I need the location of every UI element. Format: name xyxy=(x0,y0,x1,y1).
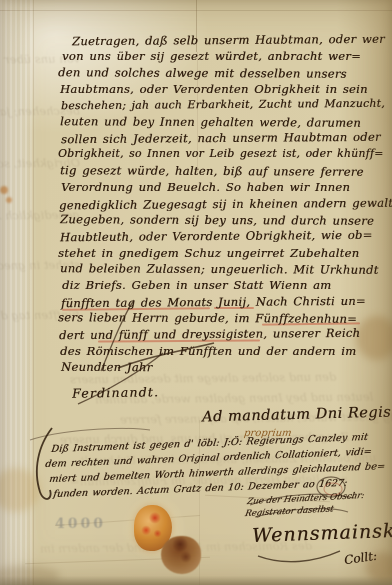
manuscript-line: Zuegeben, sondern sij bey uns, und durch… xyxy=(60,212,374,228)
manuscript-line: Obrigkheit, so Innen vor Leib gesezt ist… xyxy=(58,147,384,160)
paper-stain xyxy=(0,186,8,194)
royal-signature: Ferdinandt. xyxy=(72,384,159,401)
manuscript-line: beschehen; jah auch Erbarkheit, Zucht un… xyxy=(61,97,385,113)
manuscript-line: und beleiben Zulassen; ungeuerlich. Mit … xyxy=(60,261,379,277)
manuscript-line: dert und fünff und dreyssigisten, unsere… xyxy=(59,326,360,342)
manuscript-line: leuten und bey Innen gehalten werde, dar… xyxy=(60,114,361,130)
paper-stain xyxy=(6,197,12,203)
manuscript-line: diz Briefs. Geben in unser Statt Wienn a… xyxy=(62,278,331,292)
wax-seal-red-brown xyxy=(161,536,201,574)
manuscript-line: Neundten Jahr xyxy=(61,360,152,374)
wrinkle-line xyxy=(55,515,200,526)
fold-crease-top xyxy=(0,10,392,11)
bottom-edge-shadow xyxy=(0,576,392,585)
manuscript-line: Verordnung und Beuelch. So haben wir Inn… xyxy=(61,180,350,194)
manuscript-page: von uns über sij gesezt würdet, anbracht… xyxy=(0,0,392,585)
paper-stain xyxy=(0,468,40,512)
manuscript-line: Haubtleuth, oder Verordente Obrigkheit, … xyxy=(60,228,373,244)
manuscript-line: Zuetragen, daß selb unserm Haubtman, ode… xyxy=(72,32,385,48)
countersignature-line: Registrator daselbst xyxy=(244,504,334,519)
manuscript-line: sers lieben Herrn geburde, im Fünffzehen… xyxy=(58,310,357,326)
paper-stain xyxy=(356,316,392,360)
manuscript-line: fünfften tag des Monats Junij, Nach Chri… xyxy=(61,294,366,310)
archive-number-stamp: 4000 xyxy=(55,516,106,532)
secretary-signature: Wennsmainskhe xyxy=(252,519,392,547)
manuscript-line: von uns über sij gesezt würdet, anbracht… xyxy=(62,49,361,63)
manuscript-line: sollen sich Jederzeit, nach unserm Haubt… xyxy=(61,130,381,147)
manuscript-line: tig gesezt würde, halten, biß auf unsere… xyxy=(60,163,364,179)
paper-edge-seam xyxy=(33,0,34,585)
manuscript-line: stehet in gnedigem Schuz ungeirret Zubeh… xyxy=(58,246,359,260)
manuscript-line: des Römischen im Fünfften und der andern… xyxy=(60,344,356,358)
countersignature-line: Zue der Heindters Obschr: xyxy=(246,491,365,507)
manuscript-line: Haubtmans, oder Verordenten Obrigkheit i… xyxy=(60,82,368,96)
mandate-line: Ad mandatum Dni Regis xyxy=(202,405,391,426)
paper-stain xyxy=(0,566,60,585)
paper-left-edge xyxy=(0,0,32,585)
manuscript-line: genedigklich Zuegesagt sij in kheinen an… xyxy=(59,196,392,213)
collation-mark: Collt: xyxy=(343,549,378,567)
manuscript-line: den und solches alwege mit desselben uns… xyxy=(58,65,347,81)
